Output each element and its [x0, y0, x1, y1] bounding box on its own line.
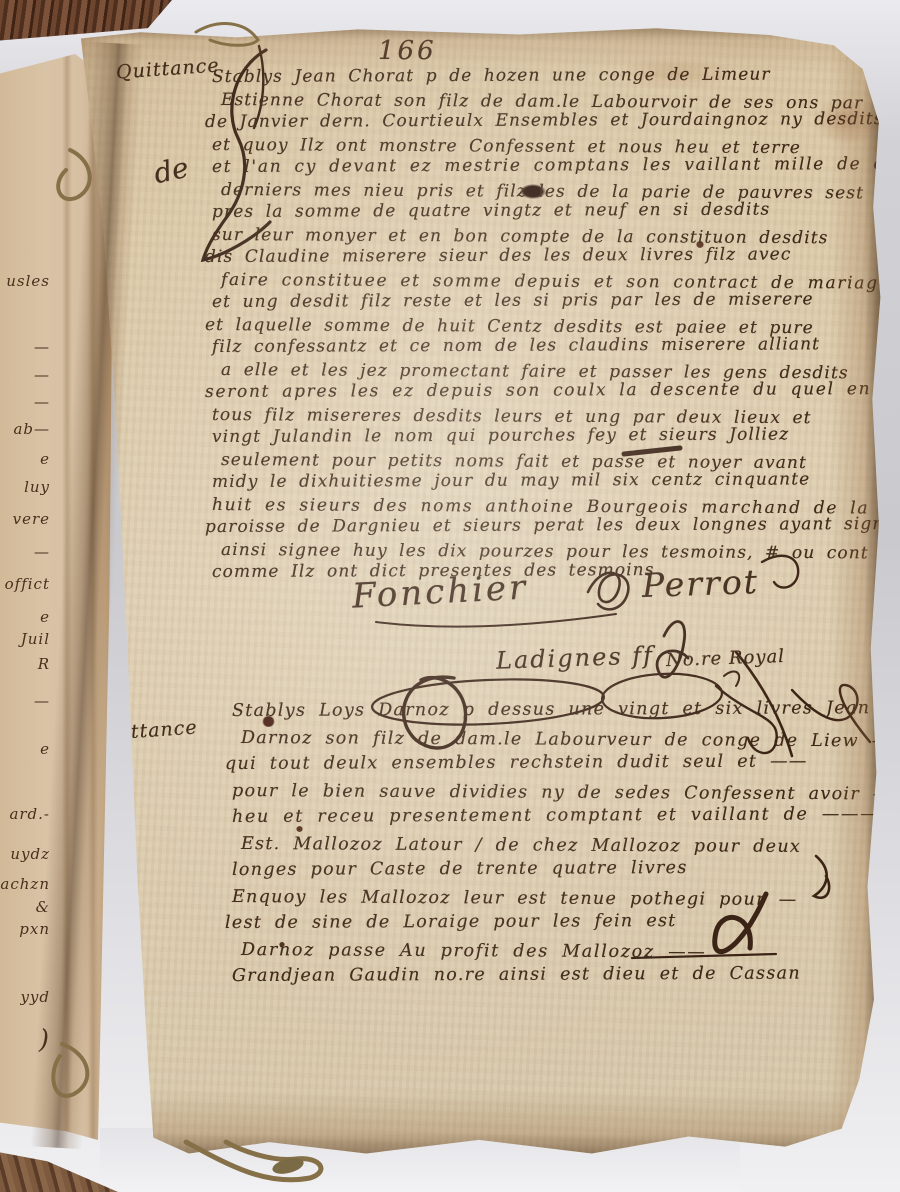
verso-text-fragment: uydz: [0, 845, 50, 863]
manuscript-line: filz confessantz et ce nom de les claudi…: [212, 333, 872, 358]
manuscript-line: Stablys Loys Darnoz p dessus une vingt e…: [232, 695, 882, 724]
verso-text-fragment: usles: [0, 272, 50, 290]
verso-text-fragment: e: [0, 450, 50, 468]
verso-text-fragment: —: [0, 393, 50, 411]
verso-text-fragment: —: [0, 338, 50, 356]
manuscript-line: lest de sine de Loraige pour les fein es…: [225, 907, 882, 936]
verso-text-fragment: luy: [0, 478, 50, 496]
verso-text-fragment: —: [0, 366, 50, 384]
verso-text-fragment: vere: [0, 510, 50, 528]
manuscript-line: seront apres les ez depuis son coulx la …: [205, 378, 872, 403]
verso-text-fragment: e: [0, 608, 50, 626]
notary-title: No.re Royal: [666, 646, 786, 671]
verso-text-fragment: ab—: [0, 420, 50, 438]
manuscript-line: pres la somme de quatre vingtz et neuf e…: [212, 198, 872, 223]
manuscript-line: et ung desdit filz reste et les si pris …: [212, 288, 872, 313]
manuscript-line: longes pour Caste de trente quatre livre…: [232, 854, 882, 883]
margin-note-quittance-2: Quittance: [93, 716, 198, 745]
verso-text-fragment: offict: [0, 575, 50, 593]
signature-perrot: Perrot: [641, 562, 759, 605]
manuscript-line: midy le dixhuitiesme jour du may mil six…: [212, 468, 872, 493]
manuscript-line: Stablys Jean Chorat p de hozen une conge…: [212, 63, 872, 88]
act-2-text: Stablys Loys Darnoz p dessus une vingt e…: [232, 698, 882, 990]
verso-text-fragment: e: [0, 740, 50, 758]
verso-text-fragment: achzn: [0, 875, 50, 893]
manuscript-line: qui tout deulx ensembles rechstein dudit…: [225, 748, 882, 777]
manuscript-page: 166 Quittance de Quittance Stablys Jean …: [76, 26, 882, 1158]
act-1-text: Stablys Jean Chorat p de hozen une conge…: [212, 66, 872, 584]
verso-text-fragment: ard.-: [0, 805, 50, 823]
manuscript-line: et l'an cy devant ez mestrie comptans le…: [212, 153, 872, 178]
verso-text-fragment: Juil: [0, 630, 50, 648]
folio-number: 166: [378, 36, 437, 66]
manuscript-line: dis Claudine miserere sieur des les deux…: [205, 243, 872, 268]
photograph-of-manuscript: usles — — — ab— e luy vere — offict e Ju…: [0, 0, 900, 1192]
manuscript-line: comme Ilz ont dict presentes des tesmoin…: [212, 558, 872, 583]
verso-text-fragment: R: [0, 655, 50, 673]
manuscript-line: paroisse de Dargnieu et sieurs perat les…: [205, 513, 872, 538]
margin-note-sub: de: [151, 151, 192, 190]
manuscript-line: vingt Julandin le nom qui pourches fey e…: [212, 423, 872, 448]
verso-text-fragment: —: [0, 543, 50, 561]
signature-fonchier: Fonchier: [351, 567, 529, 616]
manuscript-line: de Janvier dern. Courtieulx Ensembles et…: [205, 108, 872, 133]
manuscript-line: Grandjean Gaudin no.re ainsi est dieu et…: [232, 960, 882, 989]
signature-ladignes: Ladignes ff: [496, 641, 655, 674]
verso-text-fragment: —: [0, 692, 50, 710]
manuscript-line: heu et receu presentement comptant et va…: [232, 801, 882, 830]
